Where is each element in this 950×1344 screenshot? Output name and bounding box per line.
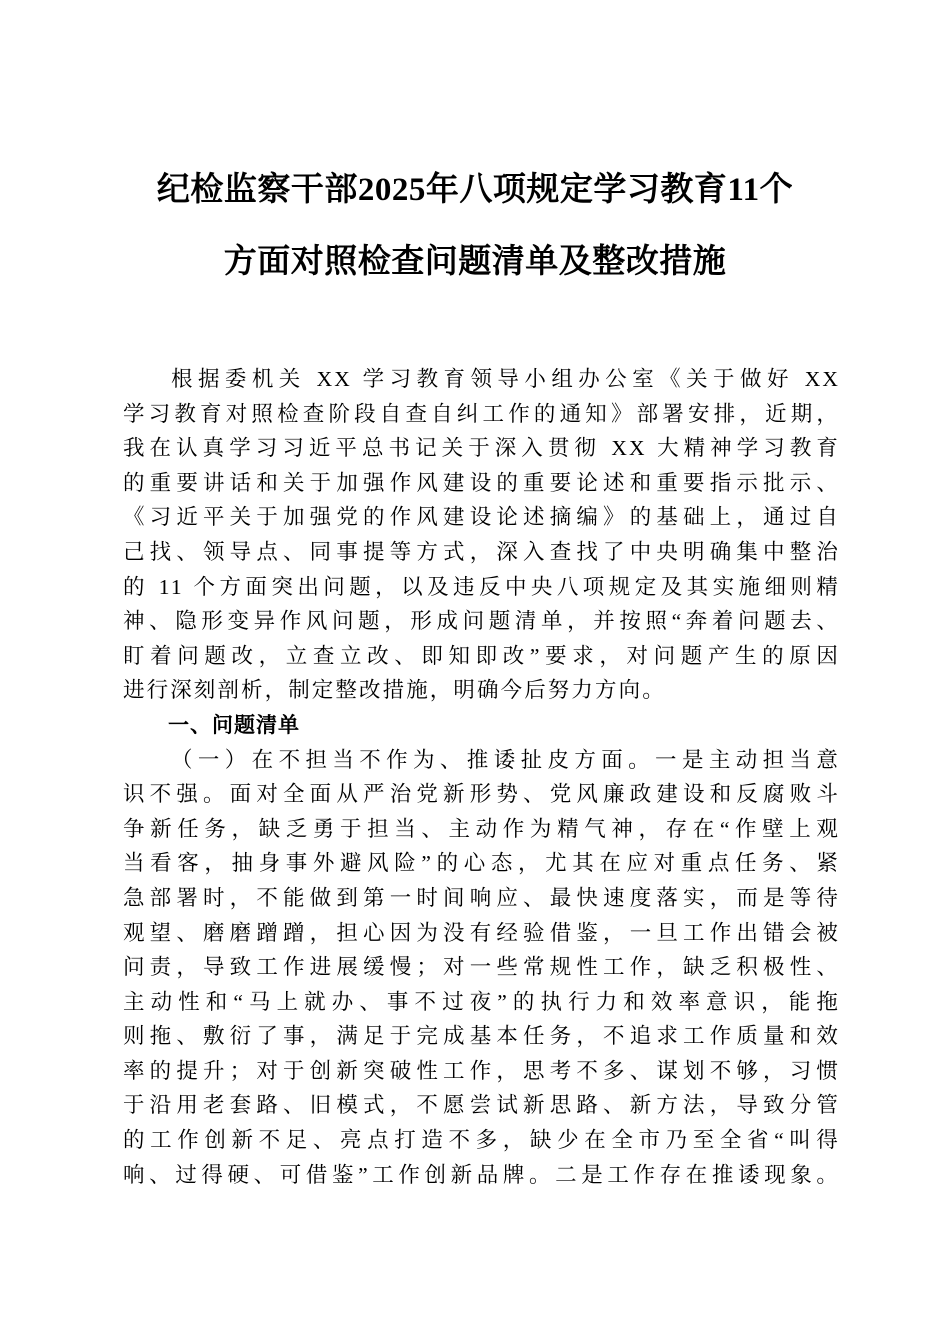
subsection-first-line-rest: 一是主动担当意 — [655, 748, 840, 772]
intro-line: 学习教育对照检查阶段自查自纠工作的通知》部署安排，近期， — [123, 397, 840, 432]
subsection-line: 观望、磨磨蹭蹭，担心因为没有经验借鉴，一旦工作出错会被 — [123, 916, 840, 951]
intro-line: 神、隐形变异作风问题，形成问题清单，并按照“奔着问题去、 — [123, 604, 840, 639]
subsection-line: 争新任务，缺乏勇于担当、主动作为精气神，存在“作壁上观 — [123, 812, 840, 847]
subsection-line: 率的提升；对于创新突破性工作，思考不多、谋划不够，习惯 — [123, 1054, 840, 1089]
subsection-line: 于沿用老套路、旧模式，不愿尝试新思路、新方法，导致分管 — [123, 1088, 840, 1123]
intro-line: 己找、领导点、同事提等方式，深入查找了中央明确集中整治 — [123, 535, 840, 570]
intro-line: 进行深刻剖析，制定整改措施，明确今后努力方向。 — [123, 673, 840, 708]
document-body: 根据委机关 XX 学习教育领导小组办公室《关于做好 XX 学习教育对照检查阶段自… — [123, 362, 840, 1192]
subsection-heading: （一）在不担当不作为、推诿扯皮方面。 — [171, 748, 655, 773]
intro-line: 的 11 个方面突出问题，以及违反中央八项规定及其实施细则精 — [123, 570, 840, 605]
subsection-line: 的工作创新不足、亮点打造不多，缺少在全市乃至全省“叫得 — [123, 1123, 840, 1158]
intro-line: 我在认真学习习近平总书记关于深入贯彻 XX 大精神学习教育 — [123, 431, 840, 466]
subsection-line: 当看客，抽身事外避风险”的心态，尤其在应对重点任务、紧 — [123, 846, 840, 881]
title-line-2: 方面对照检查问题清单及整改措施 — [110, 226, 840, 298]
subsection-line: 识不强。面对全面从严治党新形势、党风廉政建设和反腐败斗 — [123, 777, 840, 812]
intro-line: 的重要讲话和关于加强作风建设的重要论述和重要指示批示、 — [123, 466, 840, 501]
document-page: 纪检监察干部2025年八项规定学习教育11个 方面对照检查问题清单及整改措施 根… — [0, 0, 950, 1344]
intro-line: 《习近平关于加强党的作风建设论述摘编》的基础上，通过自 — [123, 500, 840, 535]
title-line-1: 纪检监察干部2025年八项规定学习教育11个 — [110, 154, 840, 226]
subsection-first-line: （一）在不担当不作为、推诿扯皮方面。一是主动担当意 — [123, 743, 840, 778]
intro-line: 盯着问题改，立查立改、即知即改”要求，对问题产生的原因 — [123, 639, 840, 674]
subsection-line: 问责，导致工作进展缓慢；对一些常规性工作，缺乏积极性、 — [123, 950, 840, 985]
subsection-line: 主动性和“马上就办、事不过夜”的执行力和效率意识，能拖 — [123, 985, 840, 1020]
subsection-line: 急部署时，不能做到第一时间响应、最快速度落实，而是等待 — [123, 881, 840, 916]
subsection-line: 响、过得硬、可借鉴”工作创新品牌。二是工作存在推诿现象。 — [123, 1158, 840, 1193]
section-heading: 一、问题清单 — [123, 708, 840, 743]
subsection-line: 则拖、敷衍了事，满足于完成基本任务，不追求工作质量和效 — [123, 1019, 840, 1054]
intro-line: 根据委机关 XX 学习教育领导小组办公室《关于做好 XX — [123, 362, 840, 397]
document-title: 纪检监察干部2025年八项规定学习教育11个 方面对照检查问题清单及整改措施 — [110, 154, 840, 298]
